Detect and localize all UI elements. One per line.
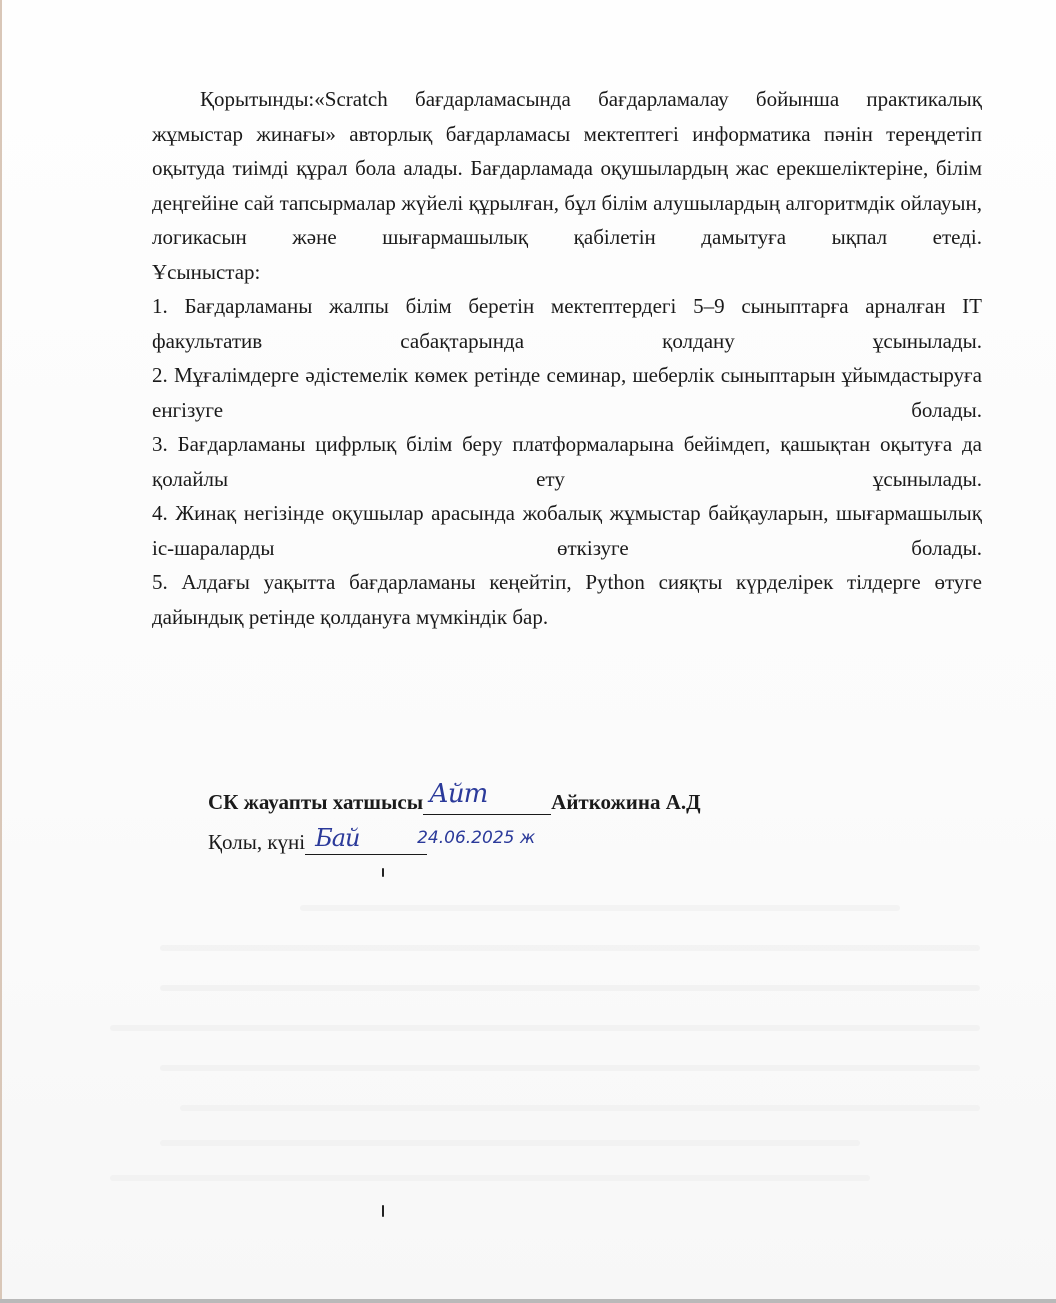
- recommendation-item-2: 2. Мұғалімдерге әдістемелік көмек ретінд…: [152, 358, 982, 427]
- ink-mark: [382, 868, 384, 877]
- signature-block: СК жауапты хатшысы Айт Айткожина А.Д Қол…: [208, 784, 701, 860]
- signed-date-line: Қолы, күні Бай 24.06.2025 ж: [208, 820, 701, 860]
- secretary-name: Айткожина А.Д: [551, 784, 700, 820]
- recommendation-item-1: 1. Бағдарламаны жалпы білім беретін мект…: [152, 289, 982, 358]
- secretary-label: СК жауапты хатшысы: [208, 784, 423, 820]
- recommendation-item-3: 3. Бағдарламаны цифрлық білім беру платф…: [152, 427, 982, 496]
- secretary-signature-line: СК жауапты хатшысы Айт Айткожина А.Д: [208, 784, 701, 820]
- recommendation-item-5: 5. Алдағы уақытта бағдарламаны кеңейтіп,…: [152, 565, 982, 634]
- handwritten-signature: Бай: [315, 820, 359, 856]
- page-left-edge: [0, 0, 2, 1303]
- handwritten-date: 24.06.2025 ж: [417, 820, 535, 856]
- secretary-signature: Айт: [429, 776, 487, 812]
- conclusion-paragraph: Қорытынды:«Scratch бағдарламасында бағда…: [152, 82, 982, 255]
- signed-signature-field: Бай: [305, 832, 427, 855]
- signed-label: Қолы, күні: [208, 824, 305, 860]
- recommendation-item-4: 4. Жинақ негізінде оқушылар арасында жоб…: [152, 496, 982, 565]
- page-bottom-edge: [0, 1299, 1056, 1303]
- document-body: Қорытынды:«Scratch бағдарламасында бағда…: [152, 82, 982, 634]
- ink-mark: [382, 1205, 384, 1217]
- secretary-signature-field: Айт: [423, 792, 551, 815]
- scanned-page: Қорытынды:«Scratch бағдарламасында бағда…: [0, 0, 1056, 1303]
- recommendations-heading: Ұсыныстар:: [152, 255, 982, 290]
